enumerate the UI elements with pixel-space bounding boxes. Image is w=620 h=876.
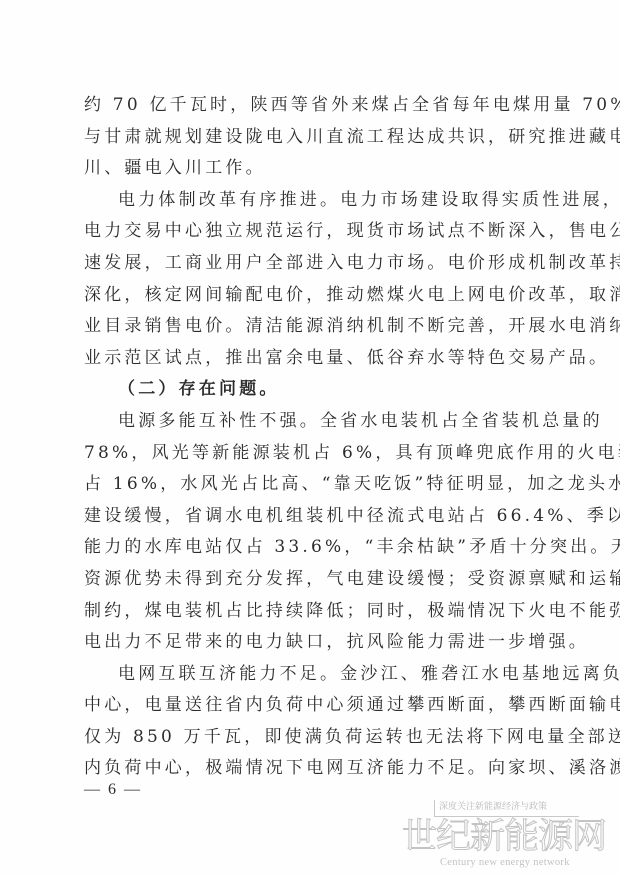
document-page: 约 70 亿千瓦时，陕西等省外来煤占全省每年电煤用量 70% 左右， 与甘肃就规… <box>0 0 620 876</box>
text-line: 电出力不足带来的电力缺口，抗风险能力需进一步增强。 <box>84 627 538 659</box>
text-line: 制约，煤电装机占比持续降低；同时，极端情况下火电不能弥补水 <box>84 596 538 628</box>
text-line: 速发展，工商业用户全部进入电力市场。电价形成机制改革持续 <box>84 248 538 280</box>
text-line: 78%，风光等新能源装机占 6%，具有顶峰兜底作用的火电装机仅 <box>84 438 538 470</box>
text-line: 约 70 亿千瓦时，陕西等省外来煤占全省每年电煤用量 70% 左右， <box>84 90 538 122</box>
text-line: 建设缓慢，省调水电机组装机中径流式电站占 66.4%、季以上调节 <box>84 501 538 533</box>
text-line: 仅为 850 万千瓦，即使满负荷运转也无法将下网电量全部送至省 <box>84 722 538 754</box>
text-line: 川、疆电入川工作。 <box>84 153 538 185</box>
text-line: 中心，电量送往省内负荷中心须通过攀西断面，攀西断面输电能力 <box>84 690 538 722</box>
watermark: 深度关注新能源经济与政策 世纪新能源网 Century new energy n… <box>400 800 620 876</box>
text-line: 占 16%，水风光占比高、“靠天吃饭”特征明显，加之龙头水库电站 <box>84 469 538 501</box>
section-heading: （二）存在问题。 <box>84 374 538 406</box>
text-line: 内负荷中心，极端情况下电网互济能力不足。向家坝、溪洛渡电站 <box>84 753 538 785</box>
text-line: 电网互联互济能力不足。金沙江、雅砻江水电基地远离负荷 <box>84 659 538 691</box>
text-line: 业目录销售电价。清洁能源消纳机制不断完善，开展水电消纳产 <box>84 311 538 343</box>
text-line: 业示范区试点，推出富余电量、低谷弃水等特色交易产品。 <box>84 343 538 375</box>
watermark-logo-text: 世纪新能源网 <box>402 818 606 856</box>
page-number: — 6 — <box>84 781 142 799</box>
text-line: 电源多能互补性不强。全省水电装机占全省装机总量的 <box>84 406 538 438</box>
text-line: 资源优势未得到充分发挥，气电建设缓慢；受资源禀赋和运输通道 <box>84 564 538 596</box>
text-line: 电力交易中心独立规范运行，现货市场试点不断深入，售电公司快 <box>84 216 538 248</box>
text-line: 深化，核定网间输配电价，推动燃煤火电上网电价改革，取消工商 <box>84 280 538 312</box>
watermark-tagline: 深度关注新能源经济与政策 <box>434 800 579 817</box>
text-line: 与甘肃就规划建设陇电入川直流工程达成共识，研究推进藏电入 <box>84 122 538 154</box>
text-line: 能力的水库电站仅占 33.6%，“丰余枯缺”矛盾十分突出。天然气 <box>84 532 538 564</box>
watermark-subtitle: Century new energy network <box>440 857 570 868</box>
body-text: 约 70 亿千瓦时，陕西等省外来煤占全省每年电煤用量 70% 左右， 与甘肃就规… <box>84 90 538 785</box>
text-line: 电力体制改革有序推进。电力市场建设取得实质性进展，省 <box>84 185 538 217</box>
